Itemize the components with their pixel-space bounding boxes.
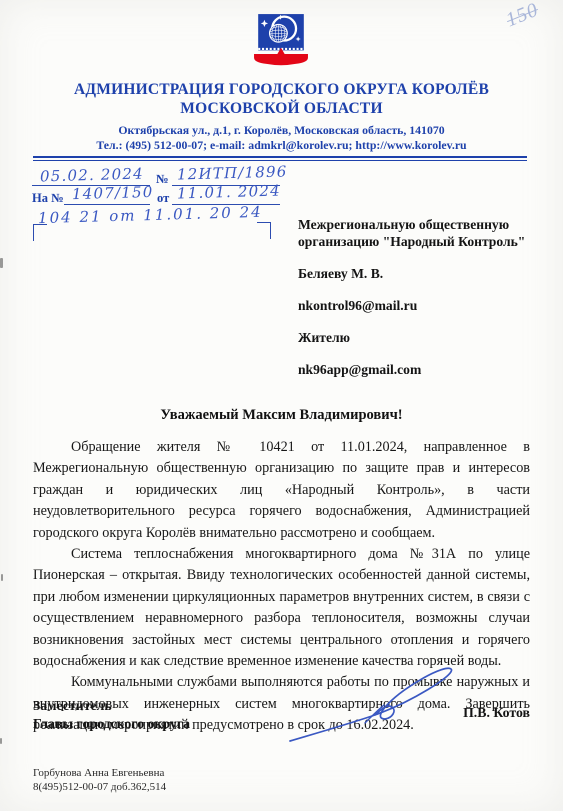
letterhead-contacts: Октябрьская ул., д.1, г. Королёв, Москов… — [0, 123, 563, 152]
executor-name: Горбунова Анна Евгеньевна — [33, 767, 166, 781]
outgoing-number-label: № — [156, 172, 169, 187]
letterhead-divider-rule — [33, 156, 527, 161]
scanned-letter-page: 150 АДМИНИСТРАЦИЯ ГОРОДСКОГО — [0, 0, 563, 811]
letterhead-address-line: Октябрьская ул., д.1, г. Королёв, Москов… — [0, 123, 563, 138]
scan-artifact — [0, 738, 2, 744]
letterhead-org-name: АДМИНИСТРАЦИЯ ГОРОДСКОГО ОКРУГА КОРОЛЁВ … — [0, 80, 563, 118]
signer-name: П.В. Котов — [463, 705, 530, 721]
recipient-resident-label: Жителю — [298, 329, 526, 346]
executor-phone: 8(495)512-00-07 доб.362,514 — [33, 781, 166, 795]
outgoing-number-handwriting: 12ИТП/1896 — [177, 162, 288, 183]
recipient-block: Межрегиональную общественную организацию… — [298, 216, 526, 393]
body-paragraph-1: Обращение жителя № 10421 от 11.01.2024, … — [33, 437, 530, 544]
executor-block: Горбунова Анна Евгеньевна 8(495)512-00-0… — [33, 767, 166, 794]
letterhead-contact-line: Тел.: (495) 512-00-07; e-mail: admkrl@ko… — [0, 138, 563, 153]
incoming-number-handwriting: 1407/150 — [72, 183, 154, 203]
signature-autograph — [287, 663, 467, 747]
incoming-date-label: от — [157, 191, 169, 206]
recipient-org-email: nkontrol96@mail.ru — [298, 297, 526, 314]
crest-svg — [253, 14, 309, 66]
incoming-date-handwriting: 11.01. 2024 — [177, 182, 281, 203]
recipient-person: Беляеву М. В. — [298, 265, 526, 282]
signature-stroke — [287, 663, 467, 747]
org-name-line1: АДМИНИСТРАЦИЯ ГОРОДСКОГО ОКРУГА КОРОЛЁВ — [0, 80, 563, 99]
recipient-resident-email: nk96app@gmail.com — [298, 361, 526, 378]
incoming-number-label: На № — [32, 191, 64, 206]
incoming-number-underline — [64, 203, 150, 205]
body-paragraph-2: Система теплоснабжения многоквартирного … — [33, 544, 530, 672]
scan-artifact — [0, 258, 3, 268]
signer-position-line2: Главы городского округа — [33, 715, 190, 733]
korolev-coat-of-arms-icon — [253, 14, 309, 66]
org-name-line2: МОСКОВСКОЙ ОБЛАСТИ — [0, 99, 563, 118]
recipient-organization: Межрегиональную общественную организацию… — [298, 216, 526, 250]
reference-note-handwriting: 104 21 от 11.01. 20 24 — [38, 203, 263, 227]
salutation: Уважаемый Максим Владимирович! — [0, 407, 563, 424]
signer-position: Заместитель Главы городского округа — [33, 697, 190, 733]
address-corner-mark-right — [257, 222, 271, 239]
address-corner-mark-left — [33, 224, 47, 241]
outgoing-date-handwriting: 05.02. 2024 — [40, 165, 144, 186]
scan-artifact — [1, 574, 3, 581]
pencil-page-number: 150 — [503, 0, 542, 32]
signer-position-line1: Заместитель — [33, 697, 190, 715]
